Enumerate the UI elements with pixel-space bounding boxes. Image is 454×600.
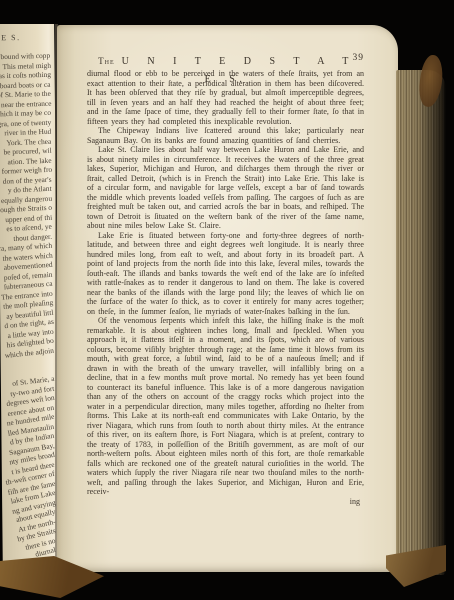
left-page-fragment-line: This metal migh — [0, 60, 55, 70]
book-photograph: E S. bound with coppThis metal mighas it… — [0, 0, 454, 600]
left-page-fragment-line: erence about on — [1, 402, 58, 412]
left-page-fragment-line: diurnal — [3, 545, 60, 555]
left-page-fragment-line: which the adjoin — [0, 345, 57, 355]
left-page-edge: E S. bound with coppThis metal mighas it… — [0, 21, 60, 578]
left-page-fragment-line: upper end of thi — [0, 212, 56, 222]
left-page-fragment-line: ne hundred mile — [1, 412, 58, 422]
catchword: ing — [87, 497, 364, 507]
left-page-fragment-line: abovementioned — [0, 260, 57, 270]
left-page-fragment-line: near the entrance — [0, 98, 55, 108]
main-page: TheU N I T E D S T A T E S. 39 diurnal f… — [57, 25, 398, 572]
left-page-fragment-line: of St. Marie to the — [0, 89, 55, 99]
background-top — [0, 0, 454, 24]
left-page-fragment-line: there is no — [2, 535, 59, 545]
left-page-fragment-line: th-weſt corner of — [2, 469, 59, 479]
left-page-fragment-line: ation. The lake — [0, 155, 56, 165]
left-page-fragment-line: ra, many of which — [0, 241, 56, 251]
left-page-fragment-line: river in the Hud — [0, 127, 55, 137]
fore-edge — [396, 70, 446, 575]
left-page-fragment-line: t is heard there — [2, 459, 59, 469]
left-page-fragment-line — [1, 355, 58, 365]
left-page-fragment-line: d by the Indian — [1, 431, 58, 441]
left-page-fragment-line: by the Straits — [2, 526, 59, 536]
left-page-fragment-line: es to aſcend, ye — [0, 222, 56, 232]
left-page-fragment-line: agra, one of twenty — [0, 117, 55, 127]
left-page-fragments: bound with coppThis metal mighas it coſt… — [0, 51, 60, 555]
left-page-header-fragment: E S. — [1, 33, 20, 42]
left-page-fragment-line: lake from Lake — [2, 488, 59, 498]
left-page-fragment-line — [1, 364, 58, 374]
left-page-fragment-line: nty miles broad — [2, 450, 59, 460]
left-page-fragment-line: ough the Straits o — [0, 203, 56, 213]
body-paragraph: The Chipeway Indians live ſcattered arou… — [87, 126, 364, 145]
left-page-fragment-line: thout danger. — [0, 231, 56, 241]
left-page-fragment-line: ty-two and fort — [1, 383, 58, 393]
left-page-fragment-line: don of the year's — [0, 174, 56, 184]
running-header: TheU N I T E D S T A T E S. 39 — [87, 51, 364, 66]
left-page-fragment-line: former weigh fro — [0, 165, 56, 175]
body-paragraph: Lake St. Claire lies about half way betw… — [87, 145, 364, 231]
left-page-fragment-line: York. The chea — [0, 136, 55, 146]
left-page-fragment-line: as it coſts nothing — [0, 70, 55, 80]
left-page-fragment-line: board boats or ca — [0, 79, 55, 89]
left-page-fragment-line: fiſh are the ſame — [2, 478, 59, 488]
body-paragraphs: diurnal flood or ebb to be perceived in … — [87, 69, 364, 497]
body-paragraph: Of the venomous ſerpents which infeſt th… — [87, 316, 364, 497]
left-page-fragment-line: poſed of, remain — [0, 269, 57, 279]
left-page-fragment-line: lled Manataulin — [1, 421, 58, 431]
left-page-fragment-line: Saganaum Bay, — [1, 440, 58, 450]
left-page-fragment-line: equally dangerou — [0, 193, 56, 203]
left-page-fragment-line: At the north- — [2, 516, 59, 526]
body-paragraph: Lake Erie is ſituated between forty-one … — [87, 231, 364, 317]
left-page-fragment-line: y do the Atlant — [0, 184, 56, 194]
left-page-fragment-line: ng and varying — [2, 497, 59, 507]
left-page-fragment-line: hich it may be co — [0, 108, 55, 118]
left-page-fragment-line: the waters which — [0, 250, 57, 260]
left-page-fragment-line: be procured, wil — [0, 146, 55, 156]
left-page-fragment-line: about equally — [2, 507, 59, 517]
page-number: 39 — [353, 53, 365, 63]
left-page-fragment-line: of St. Marie, a — [1, 374, 58, 384]
running-header-lead: The — [98, 56, 115, 66]
left-page-fragment-line: degrees weſt lon — [1, 393, 58, 403]
text-block: TheU N I T E D S T A T E S. 39 diurnal f… — [87, 51, 364, 506]
